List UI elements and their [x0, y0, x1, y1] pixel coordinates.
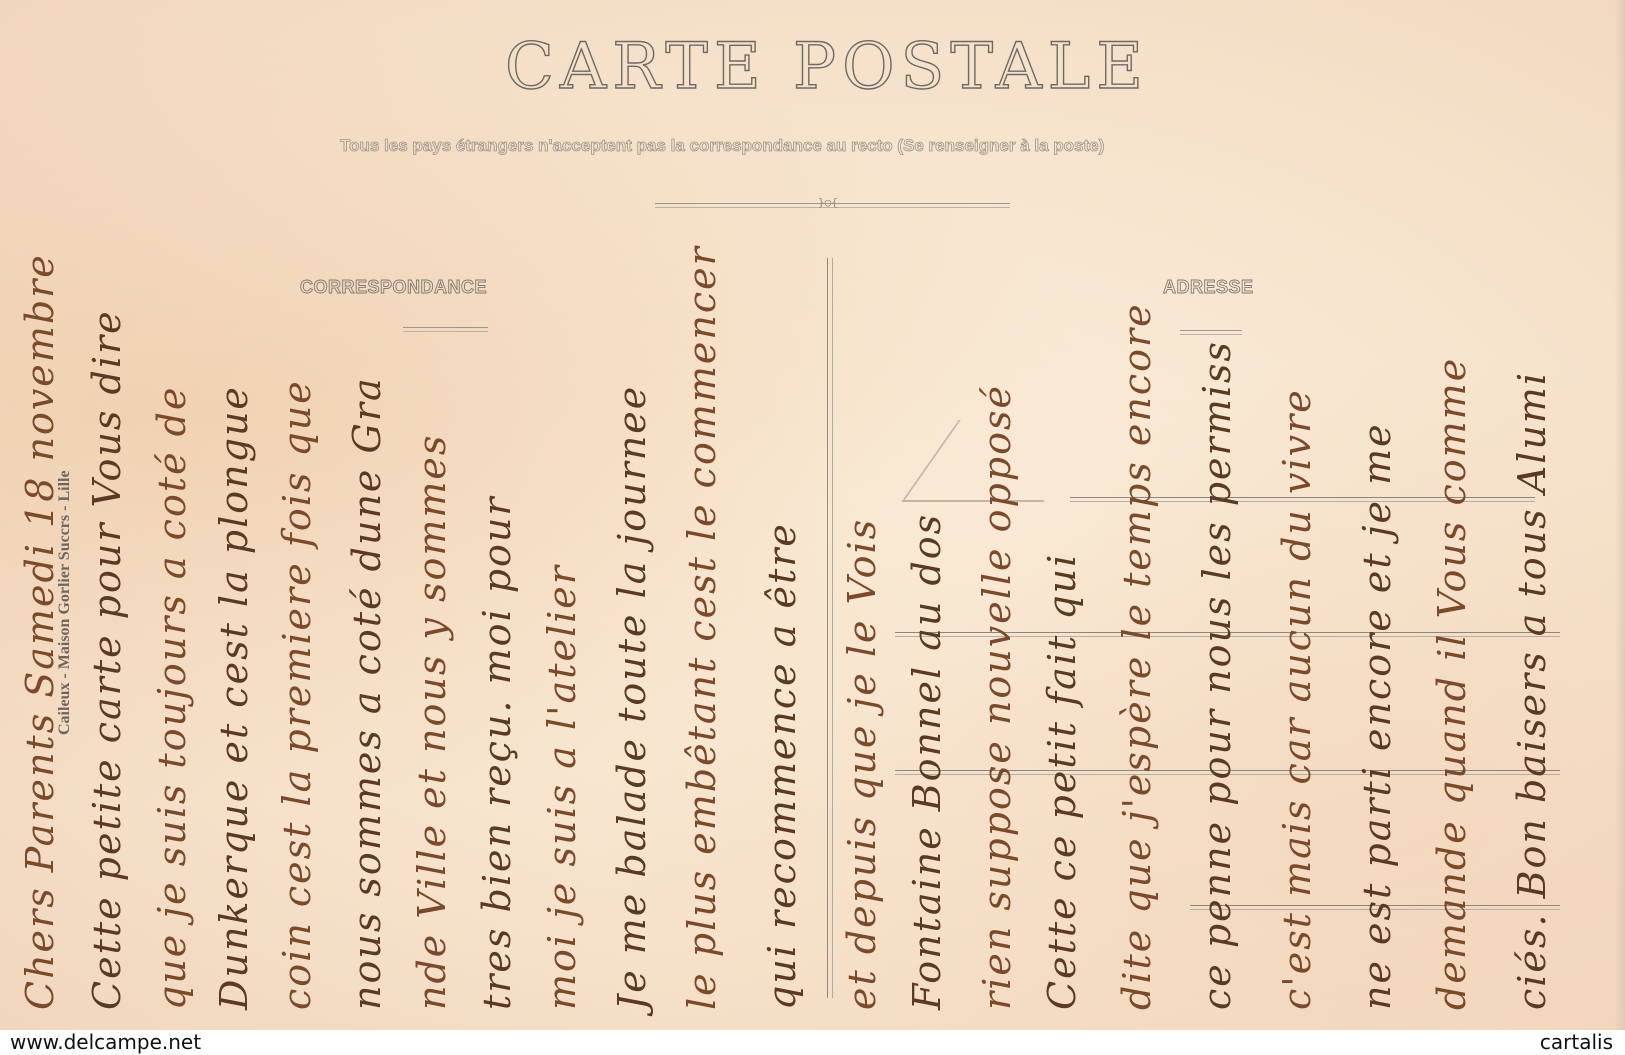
handwritten-line: Dunkerque et cest la plongue: [212, 385, 256, 1010]
postcard-back: CARTE POSTALE Tous les pays étrangers n'…: [0, 0, 1625, 1030]
handwritten-line: Fontaine Bonnel au dos: [905, 513, 949, 1010]
correspondence-label: CORRESPONDANCE: [300, 277, 487, 298]
postcard-title: CARTE POSTALE: [505, 30, 1205, 104]
handwritten-line: demande quand il Vous comme: [1430, 357, 1474, 1010]
handwritten-line: moi je suis a l'atelier: [540, 564, 584, 1010]
foreign-mail-notice: Tous les pays étrangers n'acceptent pas …: [340, 136, 1290, 156]
handwritten-line: ce penne pour nous les permiss: [1195, 340, 1239, 1010]
handwritten-line: Cette petite carte pour Vous dire: [85, 309, 129, 1010]
cartalis-watermark: cartalis: [1540, 1030, 1613, 1055]
handwritten-line: le plus embêtant cest le commencer: [680, 245, 724, 1010]
delcampe-watermark: www.delcampe.net: [10, 1030, 201, 1055]
handwritten-line: nous sommes a coté dune Gra: [345, 376, 389, 1010]
handwritten-line: que je suis toujours a coté de: [150, 386, 194, 1010]
divider-ornament-icon: }○{: [818, 196, 838, 209]
handwritten-line: rien suppose nouvelle opposé: [975, 384, 1019, 1010]
handwritten-line: Cette ce petit fait qui: [1040, 553, 1084, 1010]
handwritten-line: dite que j'espère le temps encore: [1115, 302, 1159, 1010]
handwritten-line: et depuis que je le Vois: [840, 518, 884, 1010]
handwritten-line: tres bien reçu. moi pour: [475, 495, 519, 1010]
address-underline: [1180, 330, 1242, 335]
handwritten-line: nde Ville et nous y sommes: [410, 434, 454, 1010]
center-vertical-divider: [827, 258, 833, 998]
handwritten-line: ciés. Bon baisers a tous Alumi: [1510, 371, 1554, 1010]
correspondence-underline: [403, 327, 488, 332]
handwritten-line: Je me balade toute la journee: [610, 385, 654, 1010]
handwritten-line: c'est mais car aucun du vivre: [1275, 388, 1319, 1010]
handwritten-line: ne est parti encore et je me: [1355, 422, 1399, 1010]
handwritten-line: Chers Parents Samedi 18 novembre: [18, 253, 62, 1010]
handwritten-line: qui recommence a être: [760, 522, 804, 1010]
handwritten-line: coin cest la premiere fois que: [275, 379, 319, 1010]
card-edge: [1615, 0, 1625, 1030]
address-label: ADRESSE: [1163, 277, 1254, 298]
